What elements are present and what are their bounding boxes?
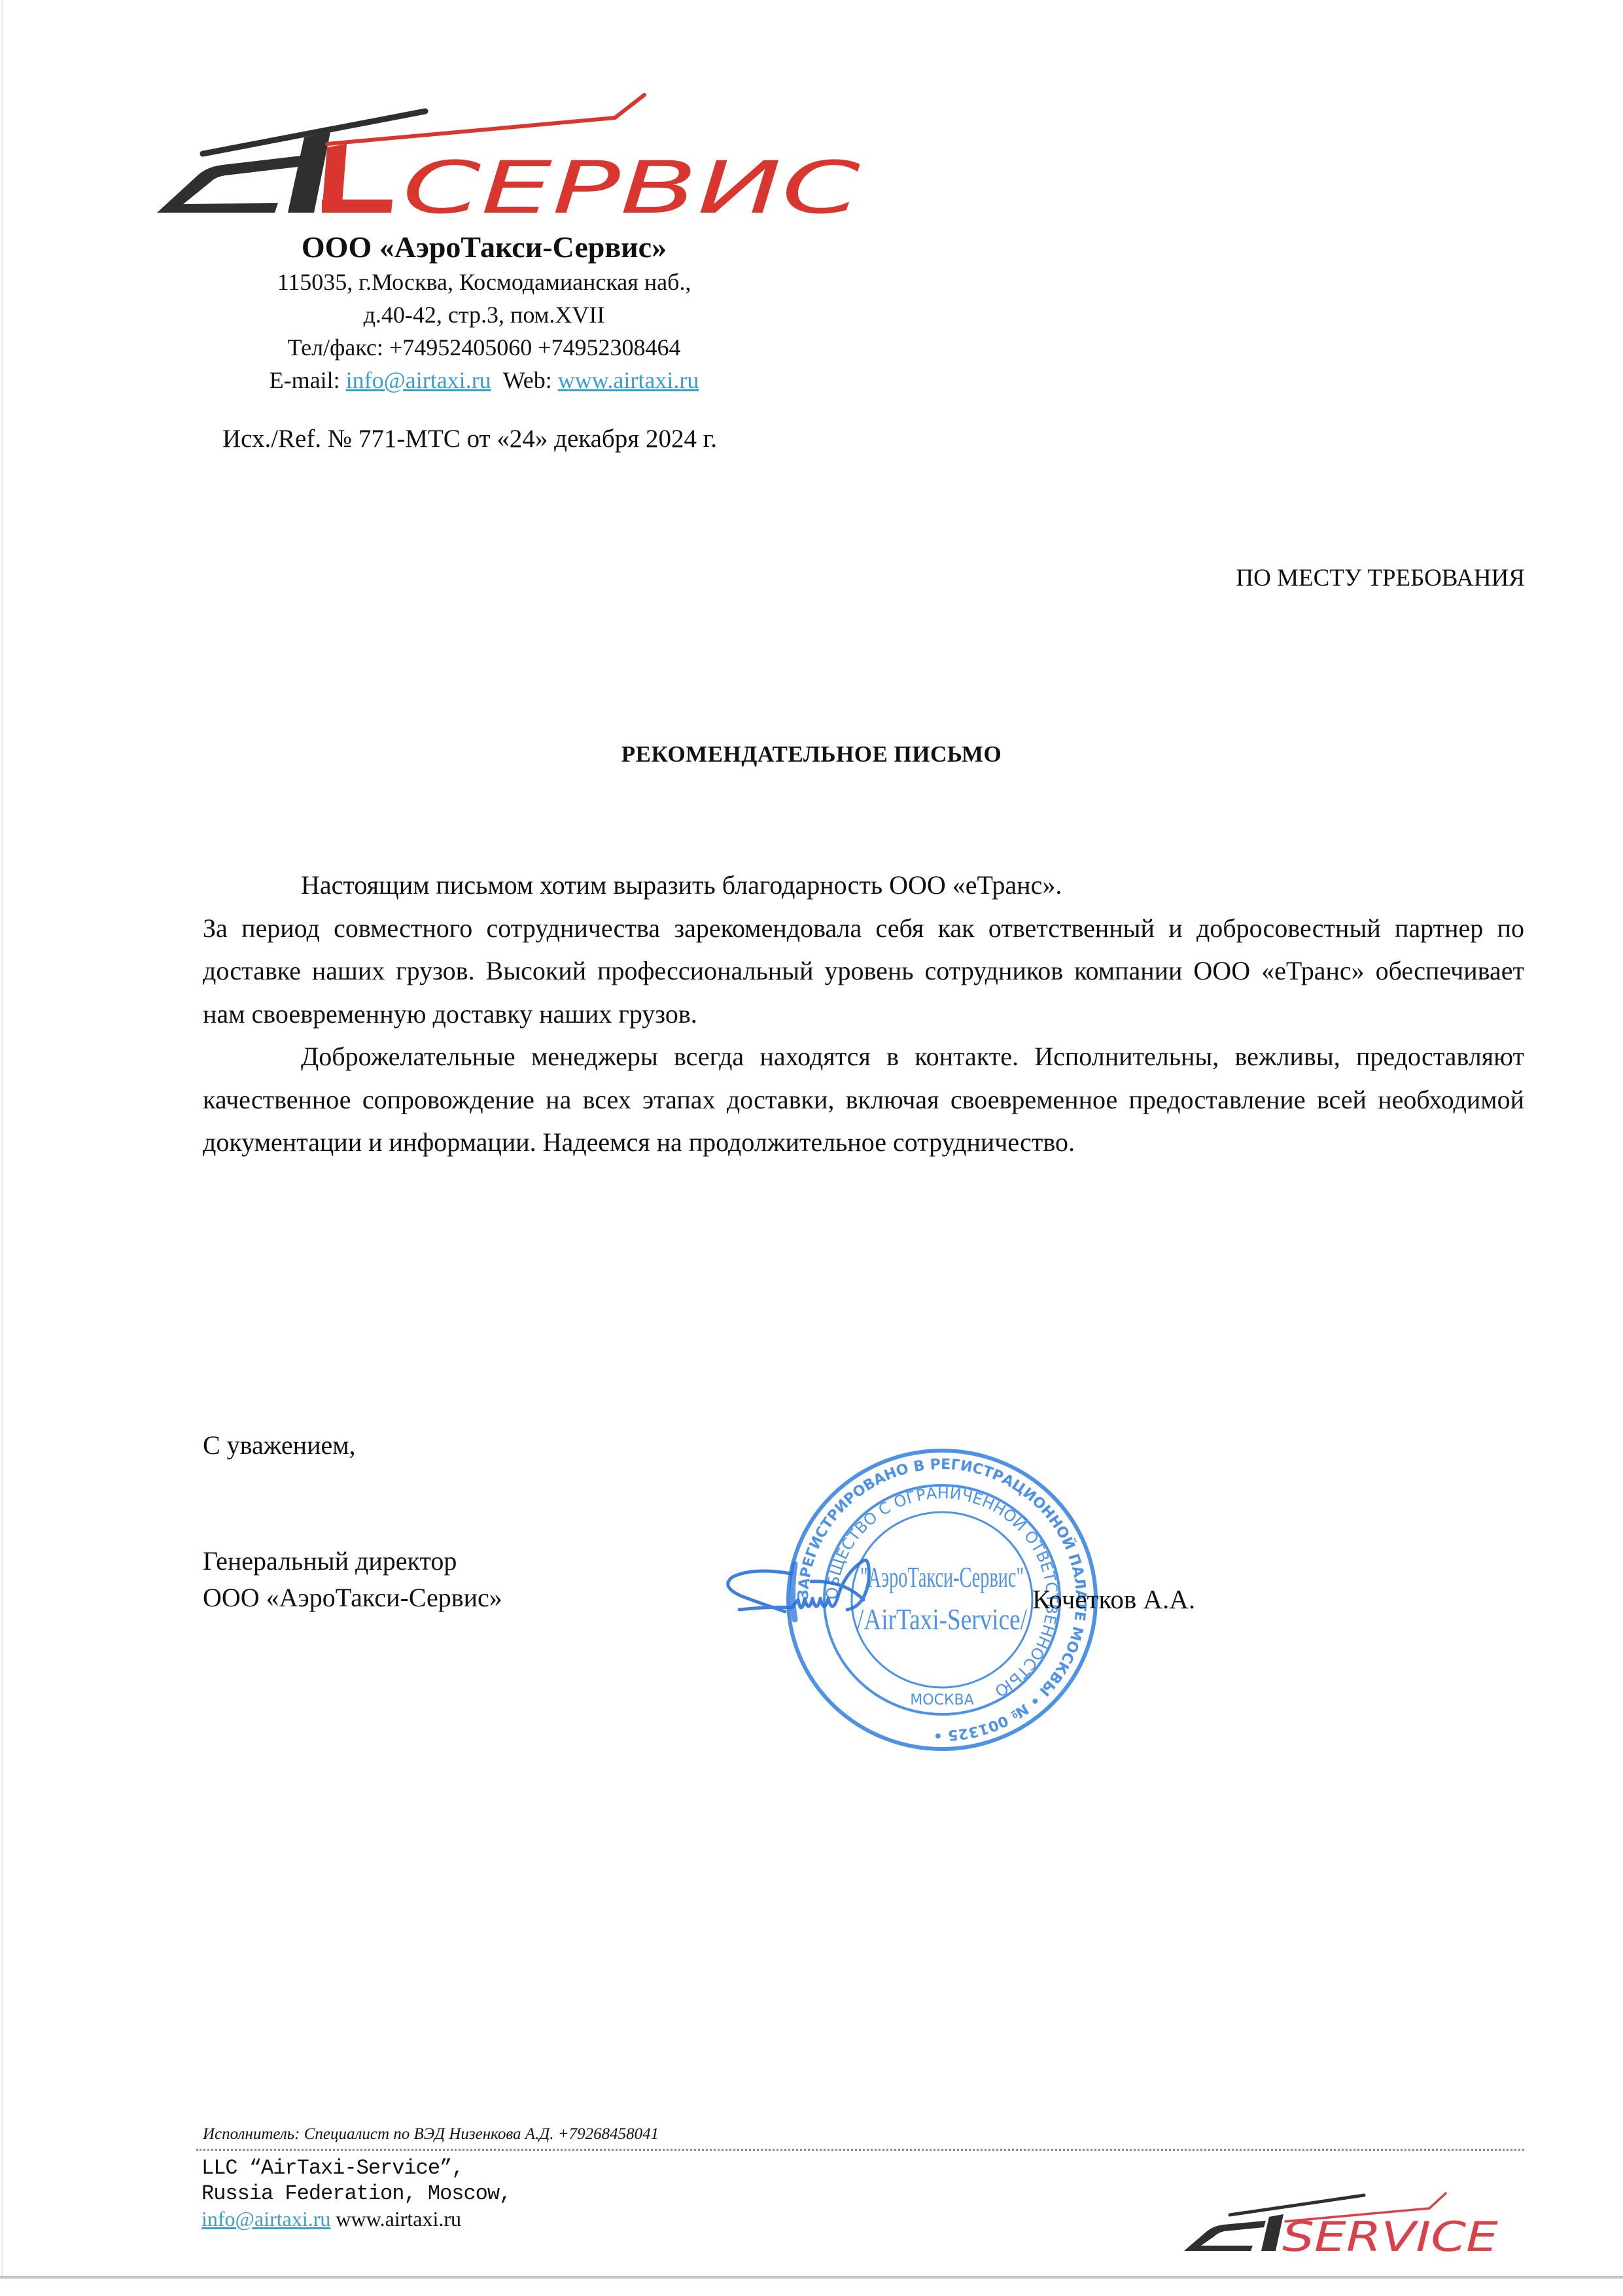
footer-company: LLC “AirTaxi-Service”, <box>201 2155 511 2181</box>
signature <box>713 1534 896 1626</box>
company-logo: СЕРВИС <box>150 92 890 222</box>
reference-number: Исх./Ref. № 771-МТС от «24» декабря 2024… <box>222 424 717 453</box>
address-line-2: д.40-42, стр.3, пом.XVII <box>190 298 778 331</box>
svg-text:СЕРВИС: СЕРВИС <box>402 146 860 222</box>
paragraph: За период совместного сотрудничества зар… <box>203 907 1524 1036</box>
footer-logo: SERVICE <box>1178 2185 1518 2257</box>
footer-email-link[interactable]: info@airtaxi.ru <box>201 2207 330 2231</box>
letter-body: Настоящим письмом хотим выразить благода… <box>203 864 1524 1164</box>
contact-line: E-mail: info@airtaxi.ru Web: www.airtaxi… <box>190 364 778 397</box>
footer-location: Russia Federation, Moscow, <box>201 2181 511 2206</box>
signature-icon <box>713 1534 896 1626</box>
signatory-position: Генеральный директор ООО «АэроТакси-Серв… <box>203 1543 502 1616</box>
airtaxi-logo-icon: СЕРВИС <box>150 92 890 222</box>
company-details: ООО «АэроТакси-Сервис» 115035, г.Москва,… <box>190 229 778 397</box>
company-name: ООО «АэроТакси-Сервис» <box>190 229 778 266</box>
address-line-1: 115035, г.Москва, Космодамианская наб., <box>190 266 778 298</box>
paragraph: Настоящим письмом хотим выразить благода… <box>203 864 1524 907</box>
airtaxi-service-logo-icon: SERVICE <box>1178 2185 1518 2257</box>
web-label: Web: <box>503 367 552 393</box>
paragraph: Доброжелательные менеджеры всегда находя… <box>203 1035 1524 1164</box>
letter-title: РЕКОМЕНДАТЕЛЬНОЕ ПИСЬМО <box>0 741 1623 768</box>
email-link[interactable]: info@airtaxi.ru <box>346 367 491 393</box>
position-company: ООО «АэроТакси-Сервис» <box>203 1580 502 1616</box>
page-edge <box>0 2276 1623 2279</box>
page-edge <box>1 0 3 2277</box>
footer-divider <box>196 2149 1524 2151</box>
footer-web: www.airtaxi.ru <box>336 2207 461 2231</box>
position-title: Генеральный директор <box>203 1543 502 1580</box>
phone-line: Тел/факс: +74952405060 +74952308464 <box>190 331 778 364</box>
footer-links: info@airtaxi.ru www.airtaxi.ru <box>201 2206 511 2232</box>
svg-text:SERVICE: SERVICE <box>1282 2213 1499 2257</box>
email-label: E-mail: <box>270 367 340 393</box>
signer-name: Кочетков А.А. <box>1032 1583 1195 1615</box>
closing-regards: С уважением, <box>203 1430 356 1460</box>
footer-contacts: LLC “AirTaxi-Service”, Russia Federation… <box>201 2155 511 2232</box>
svg-text:МОСКВА: МОСКВА <box>910 1692 973 1708</box>
addressee: ПО МЕСТУ ТРЕБОВАНИЯ <box>1236 564 1525 592</box>
web-link[interactable]: www.airtaxi.ru <box>558 367 699 393</box>
executor-note: Исполнитель: Специалист по ВЭД Низенкова… <box>203 2125 659 2144</box>
